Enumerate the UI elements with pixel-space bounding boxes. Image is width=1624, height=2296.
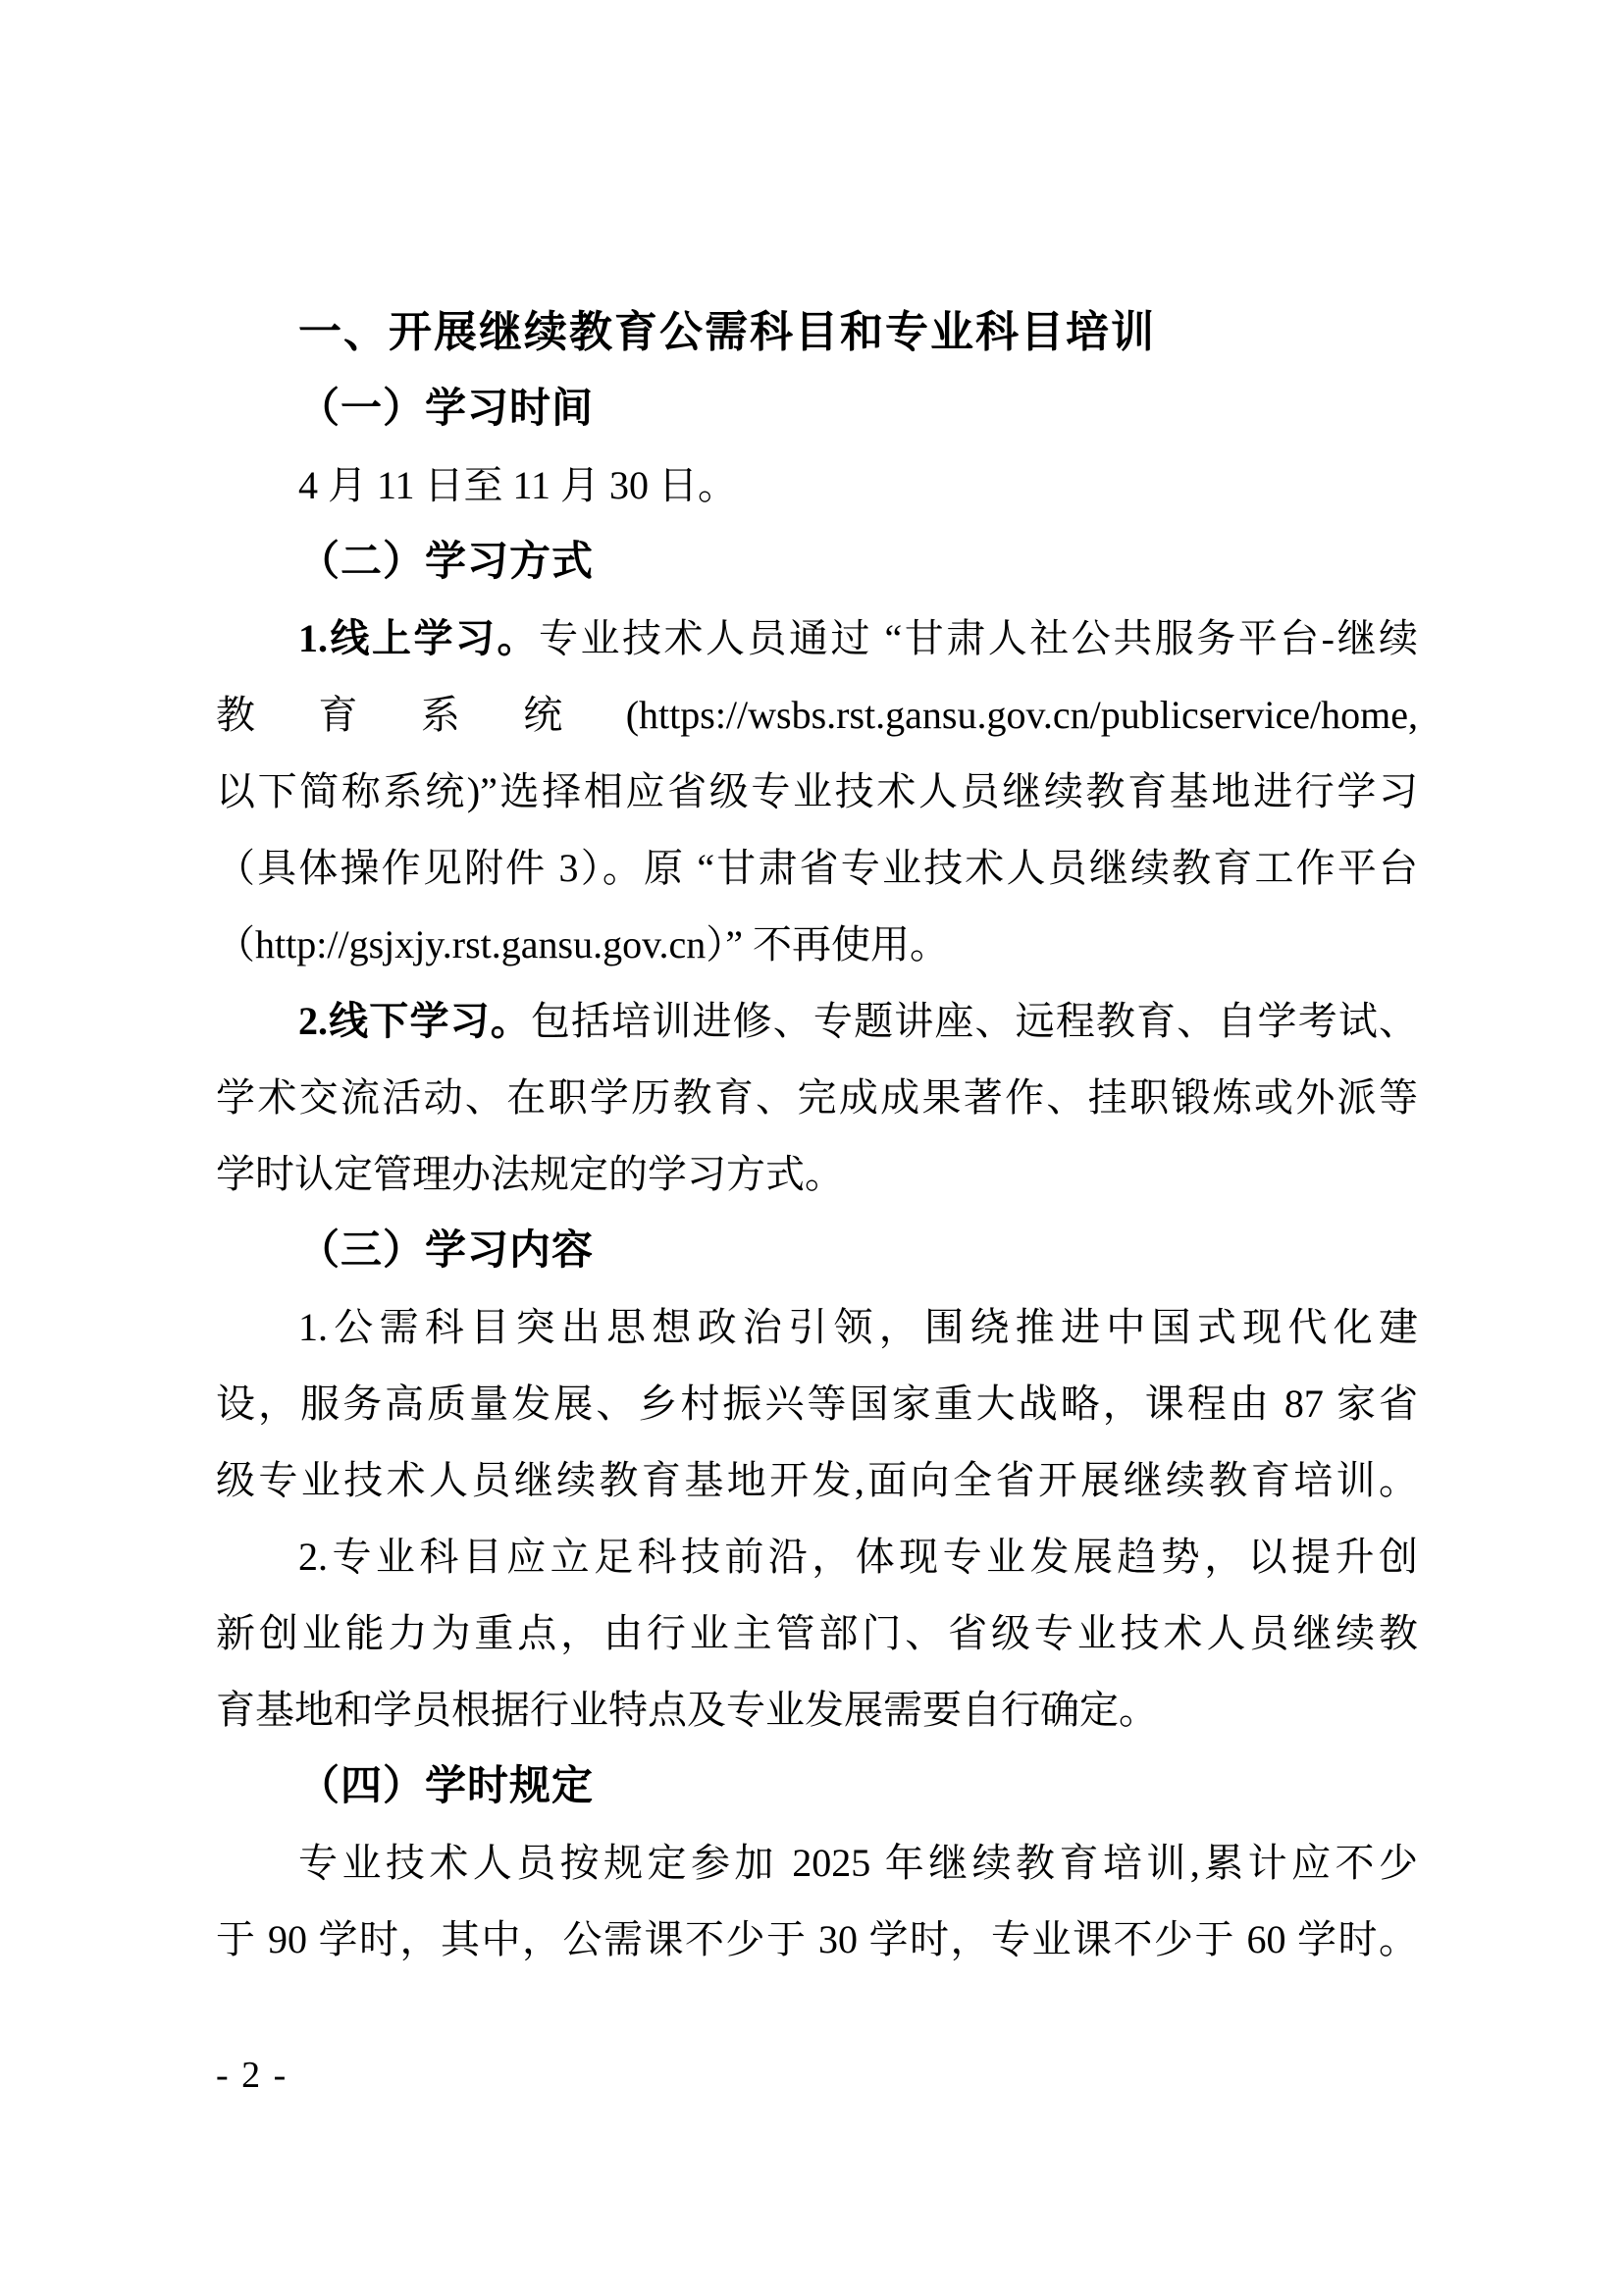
hours-rule-line-2: 于 90 学时，其中，公需课不少于 30 学时，专业课不少于 60 学时。: [216, 1902, 1418, 1978]
online-study-text: 专业技术人员通过 “甘肃人社公共服务平台-继续: [539, 616, 1418, 660]
content-para-2-line-1: 2.专业科目应立足科技前沿，体现专业发展趋势，以提升创: [216, 1519, 1418, 1595]
online-study-line-2: 教育系统(https://wsbs.rst.gansu.gov.cn/publi…: [216, 677, 1418, 754]
online-study-line-1: 1.线上学习。专业技术人员通过 “甘肃人社公共服务平台-继续: [216, 600, 1418, 677]
content-para-1-line-3: 级专业技术人员继续教育基地开发,面向全省开展继续教育培训。: [216, 1442, 1418, 1519]
online-study-line-4: （具体操作见附件 3）。原 “甘肃省专业技术人员继续教育工作平台: [216, 830, 1418, 907]
footer-page-number: - 2 -: [216, 2051, 288, 2100]
content-para-2-line-3: 育基地和学员根据行业特点及专业发展需要自行确定。: [216, 1672, 1418, 1748]
document-page: 一、开展继续教育公需科目和专业科目培训 （一）学习时间 4 月 11 日至 11…: [0, 0, 1624, 2296]
offline-study-lead: 2.线下学习。: [298, 999, 531, 1043]
offline-study-line-1: 2.线下学习。包括培训进修、专题讲座、远程教育、自学考试、: [216, 983, 1418, 1060]
offline-study-text: 包括培训进修、专题讲座、远程教育、自学考试、: [531, 999, 1418, 1043]
content-para-1-line-2: 设，服务高质量发展、乡村振兴等国家重大战略，课程由 87 家省: [216, 1366, 1418, 1442]
section-heading: 一、开展继续教育公需科目和专业科目培训: [216, 294, 1418, 371]
offline-study-line-3: 学时认定管理办法规定的学习方式。: [216, 1136, 1418, 1213]
subsection-4-heading: （四）学时规定: [216, 1748, 1418, 1825]
offline-study-line-2: 学术交流活动、在职学历教育、完成成果著作、挂职锻炼或外派等: [216, 1060, 1418, 1136]
subsection-1-heading: （一）学习时间: [216, 371, 1418, 447]
content-para-2-line-2: 新创业能力为重点，由行业主管部门、省级专业技术人员继续教: [216, 1595, 1418, 1672]
content-para-1-line-1: 1.公需科目突出思想政治引领，围绕推进中国式现代化建: [216, 1289, 1418, 1366]
online-study-line-3: 以下简称系统)”选择相应省级专业技术人员继续教育基地进行学习: [216, 754, 1418, 830]
subsection-2-heading: （二）学习方式: [216, 524, 1418, 600]
online-study-lead: 1.线上学习。: [298, 616, 539, 660]
hours-rule-line-1: 专业技术人员按规定参加 2025 年继续教育培训,累计应不少: [216, 1825, 1418, 1902]
document-body: 一、开展继续教育公需科目和专业科目培训 （一）学习时间 4 月 11 日至 11…: [216, 294, 1418, 1978]
subsection-3-heading: （三）学习内容: [216, 1213, 1418, 1289]
online-study-line-5: （http://gsjxjy.rst.gansu.gov.cn）” 不再使用。: [216, 907, 1418, 983]
study-time-text: 4 月 11 日至 11 月 30 日。: [216, 447, 1418, 524]
